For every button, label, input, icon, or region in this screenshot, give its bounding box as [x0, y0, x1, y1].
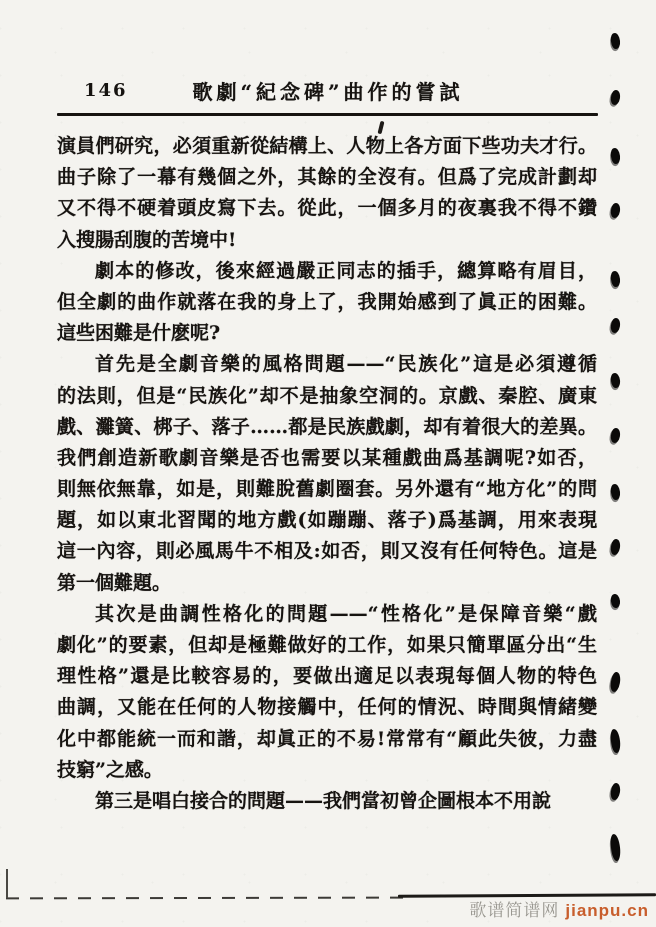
ink-blob — [610, 148, 621, 165]
ink-blob — [610, 271, 621, 288]
text-line: 第一個難題。 — [57, 568, 597, 599]
scanned-book-page: 146 歌劇“紀念碑”曲作的嘗試 演員們研究，必須重新從結構上、人物上各方面下些… — [0, 0, 656, 927]
ink-blob — [610, 484, 621, 501]
watermark-domain: jianpu.cn — [565, 901, 649, 920]
text-line: 劇化”的要素，但却是極難做好的工作，如果只簡單區分出“生 — [57, 630, 597, 661]
text-line: 入搜腸刮腹的苦境中! — [57, 225, 597, 256]
ink-blob — [610, 782, 622, 800]
text-line: 戲、灘簧、梆子、落子……都是民族戲劇，却有着很大的差異。 — [57, 412, 597, 443]
chapter-header-title: 歌劇“紀念碑”曲作的嘗試 — [0, 76, 656, 105]
ink-blob — [610, 427, 621, 443]
text-line: 曲調，又能在任何的人物接觸中，任何的情況、時間與情緒變 — [57, 692, 597, 723]
scan-edge-line-left — [6, 897, 406, 900]
text-line: 理性格”還是比較容易的，要做出適足以表現每個人物的特色 — [57, 661, 597, 692]
body-text: 演員們研究，必須重新從結構上、人物上各方面下些功夫才行。曲子除了一幕有幾個之外，… — [57, 131, 597, 817]
text-line: 演員們研究，必須重新從結構上、人物上各方面下些功夫才行。 — [57, 131, 597, 162]
text-line: 化中都能統一而和諧，却眞正的不易!常常有“顧此失彼，力盡 — [57, 724, 597, 755]
ink-blob — [610, 729, 621, 754]
text-line: 題，如以東北習聞的地方戲(如蹦蹦、落子)爲基調，用來表現 — [57, 505, 597, 536]
ink-blob — [610, 317, 621, 333]
text-line: 的法則，但是“民族化”却不是抽象空洞的。京戲、秦腔、廣東 — [57, 381, 597, 412]
text-line: 但全劇的曲作就落在我的身上了，我開始感到了眞正的困難。 — [57, 287, 597, 318]
ink-blob — [610, 834, 622, 862]
text-line: 又不得不硬着頭皮寫下去。從此，一個多月的夜裏我不得不鑽 — [57, 193, 597, 224]
ink-blob — [610, 538, 622, 555]
text-line: 其次是曲調性格化的問題——“性格化”是保障音樂“戲 — [57, 599, 597, 630]
header-rule — [57, 113, 598, 116]
text-line: 我們創造新歌劇音樂是否也需要以某種戲曲爲基調呢?如否， — [57, 443, 597, 474]
text-line: 這些困難是什麽呢? — [57, 318, 597, 349]
watermark-site-name: 歌谱简谱网 — [469, 901, 559, 920]
text-line: 則無依無靠，如是，則難脫舊劇圈套。另外還有“地方化”的問 — [57, 474, 597, 505]
ink-blob — [610, 373, 621, 389]
text-line: 曲子除了一幕有幾個之外，其餘的全沒有。但爲了完成計劃却 — [57, 162, 597, 193]
scan-edge-corner — [6, 869, 8, 898]
ink-blob — [610, 594, 620, 609]
ink-blob — [609, 671, 621, 692]
text-line: 第三是唱白接合的問題——我們當初曾企圖根本不用說 — [57, 786, 597, 817]
ink-blob — [610, 202, 621, 218]
text-line: 首先是全劇音樂的風格問題——“民族化”這是必須遵循 — [57, 349, 597, 380]
ink-blob — [610, 33, 621, 50]
text-line: 這一內容，則必風馬牛不相及:如否，則又沒有任何特色。這是 — [57, 536, 597, 567]
watermark: 歌谱简谱网jianpu.cn — [469, 896, 649, 921]
text-line: 技窮”之感。 — [57, 755, 597, 786]
text-line: 劇本的修改，後來經過嚴正同志的插手，總算略有眉目， — [57, 256, 597, 287]
